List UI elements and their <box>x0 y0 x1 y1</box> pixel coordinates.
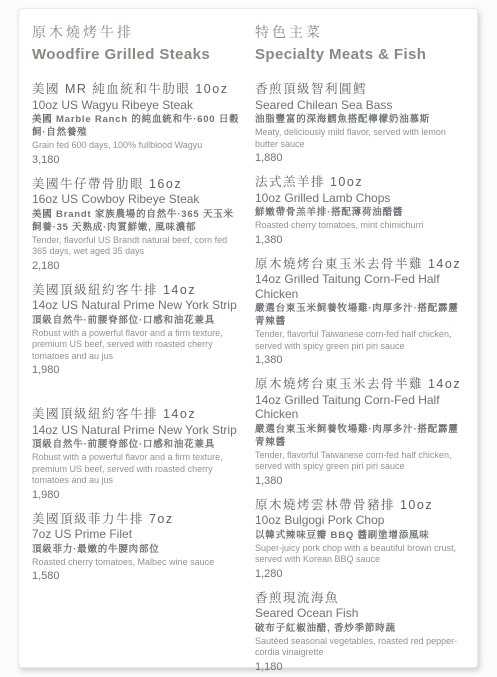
item-desc-en: Super-juicy pork chop with a beautiful b… <box>255 543 464 566</box>
menu-item-prime-filet: 美國頂級菲力牛排 7oz 7oz US Prime Filet 頂級菲力·最嫩的… <box>32 512 241 584</box>
item-name-en: 14oz Grilled Taitung Corn-Fed Half Chick… <box>255 393 464 422</box>
menu-section-woodfire-steaks: 原木燒烤牛排 Woodfire Grilled Steaks 美國 MR 純血統… <box>32 23 241 657</box>
item-price: 2,180 <box>32 260 241 273</box>
item-name-zh: 美國頂級紐約客牛排 14oz <box>32 283 241 299</box>
item-name-en: 7oz US Prime Filet <box>32 527 241 542</box>
item-price: 1,880 <box>255 152 464 165</box>
section-title-zh: 特色主菜 <box>255 23 464 41</box>
item-desc-en: Roasted cherry tomatoes, Malbec wine sau… <box>32 557 241 569</box>
menu-item-wagyu-ribeye: 美國 MR 純血統和牛肋眼 10oz 10oz US Wagyu Ribeye … <box>32 82 241 167</box>
item-price: 1,980 <box>32 364 241 377</box>
item-name-en: 16oz US Cowboy Ribeye Steak <box>32 192 241 207</box>
menu-item-seared-ocean-fish: 香煎現流海魚 Seared Ocean Fish 破布子紅椒油醋, 香炒季節時蔬… <box>255 591 464 674</box>
item-name-en: Seared Chilean Sea Bass <box>255 98 464 113</box>
section-title-zh: 原木燒烤牛排 <box>32 23 241 41</box>
item-price: 1,380 <box>255 354 464 367</box>
item-desc-zh: 美國 Brandt 家族農場的自然牛·365 天玉米飼養·35 天熟成·肉質鮮嫩… <box>32 208 241 234</box>
menu-page: 原木燒烤牛排 Woodfire Grilled Steaks 美國 MR 純血統… <box>18 8 478 668</box>
item-desc-zh: 頂級自然牛·前腰脊部位·口感和油花兼具 <box>32 314 241 327</box>
section-header: 特色主菜 Specialty Meats & Fish <box>255 23 464 64</box>
item-desc-zh: 頂級自然牛·前腰脊部位·口感和油花兼具 <box>32 438 241 451</box>
item-name-zh: 美國 MR 純血統和牛肋眼 10oz <box>32 82 241 98</box>
menu-item-new-york-strip-1: 美國頂級紐約客牛排 14oz 14oz US Natural Prime New… <box>32 283 241 378</box>
item-name-en: 10oz US Wagyu Ribeye Steak <box>32 98 241 113</box>
item-name-zh: 法式羔羊排 10oz <box>255 175 464 191</box>
item-desc-en: Robust with a powerful flavor and a firm… <box>32 452 241 487</box>
item-desc-zh: 破布子紅椒油醋, 香炒季節時蔬 <box>255 622 464 635</box>
item-name-en: 14oz US Natural Prime New York Strip <box>32 298 241 313</box>
item-desc-zh: 以韓式辣味豆瓣 BBQ 醬刷塗增添風味 <box>255 529 464 542</box>
item-price: 1,580 <box>32 570 241 583</box>
item-desc-en: Roasted cherry tomatoes, mint chimichurr… <box>255 220 464 232</box>
menu-item-taitung-half-chicken-2: 原木燒烤台東玉米去骨半雞 14oz 14oz Grilled Taitung C… <box>255 377 464 488</box>
item-name-zh: 香煎頂級智利圓鱈 <box>255 82 464 98</box>
menu-item-bulgogi-pork-chop: 原木燒烤雲林帶骨豬排 10oz 10oz Bulgogi Pork Chop 以… <box>255 498 464 581</box>
item-desc-en: Tender, flavorful Taiwanese corn-fed hal… <box>255 450 464 473</box>
menu-item-taitung-half-chicken-1: 原木燒烤台東玉米去骨半雞 14oz 14oz Grilled Taitung C… <box>255 257 464 368</box>
item-desc-en: Robust with a powerful flavor and a firm… <box>32 328 241 363</box>
item-name-en: 10oz Bulgogi Pork Chop <box>255 513 464 528</box>
menu-item-new-york-strip-2: 美國頂級紐約客牛排 14oz 14oz US Natural Prime New… <box>32 407 241 502</box>
item-desc-zh: 嚴選台東玉米飼養牧場雞·肉厚多汁·搭配霹靂青辣醬 <box>255 423 464 449</box>
item-name-zh: 美國頂級菲力牛排 7oz <box>32 512 241 528</box>
item-desc-zh: 鮮嫩帶骨羔羊排·搭配薄荷油醋醬 <box>255 206 464 219</box>
item-price: 1,380 <box>255 234 464 247</box>
item-name-zh: 原木燒烤台東玉米去骨半雞 14oz <box>255 257 464 273</box>
section-title-en: Woodfire Grilled Steaks <box>32 46 241 64</box>
item-desc-zh: 頂級菲力·最嫩的牛腰肉部位 <box>32 543 241 556</box>
item-desc-en: Sautéed seasonal vegetables, roasted red… <box>255 636 464 659</box>
section-title-en: Specialty Meats & Fish <box>255 46 464 64</box>
item-desc-zh: 油脂豐富的深海鱈魚搭配檸檬奶油慕斯 <box>255 113 464 126</box>
item-price: 3,180 <box>32 154 241 167</box>
item-desc-en: Meaty, deliciously mild flavor, served w… <box>255 127 464 150</box>
item-price: 1,280 <box>255 568 464 581</box>
item-name-zh: 原木燒烤台東玉米去骨半雞 14oz <box>255 377 464 393</box>
item-price: 1,380 <box>255 475 464 488</box>
section-header: 原木燒烤牛排 Woodfire Grilled Steaks <box>32 23 241 64</box>
menu-item-cowboy-ribeye: 美國牛仔帶骨肋眼 16oz 16oz US Cowboy Ribeye Stea… <box>32 177 241 273</box>
item-name-zh: 原木燒烤雲林帶骨豬排 10oz <box>255 498 464 514</box>
item-name-zh: 美國頂級紐約客牛排 14oz <box>32 407 241 423</box>
item-name-en: Seared Ocean Fish <box>255 606 464 621</box>
item-name-zh: 香煎現流海魚 <box>255 591 464 607</box>
item-desc-en: Grain fed 600 days, 100% fullblood Wagyu <box>32 140 241 152</box>
item-price: 1,180 <box>255 661 464 674</box>
item-desc-en: Tender, flavorful US Brandt natural beef… <box>32 235 241 258</box>
item-desc-en: Tender, flavorful Taiwanese corn-fed hal… <box>255 329 464 352</box>
item-name-en: 14oz Grilled Taitung Corn-Fed Half Chick… <box>255 272 464 301</box>
item-name-en: 14oz US Natural Prime New York Strip <box>32 423 241 438</box>
item-desc-zh: 嚴選台東玉米飼養牧場雞·肉厚多汁·搭配霹靂青辣醬 <box>255 302 464 328</box>
menu-section-specialty-meats-fish: 特色主菜 Specialty Meats & Fish 香煎頂級智利圓鱈 Sea… <box>255 23 464 657</box>
item-desc-zh: 美國 Marble Ranch 的純血統和牛·600 日穀飼·自然養殖 <box>32 113 241 139</box>
item-price: 1,980 <box>32 489 241 502</box>
menu-item-lamb-chops: 法式羔羊排 10oz 10oz Grilled Lamb Chops 鮮嫩帶骨羔… <box>255 175 464 247</box>
item-name-zh: 美國牛仔帶骨肋眼 16oz <box>32 177 241 193</box>
menu-item-chilean-sea-bass: 香煎頂級智利圓鱈 Seared Chilean Sea Bass 油脂豐富的深海… <box>255 82 464 165</box>
item-name-en: 10oz Grilled Lamb Chops <box>255 191 464 206</box>
